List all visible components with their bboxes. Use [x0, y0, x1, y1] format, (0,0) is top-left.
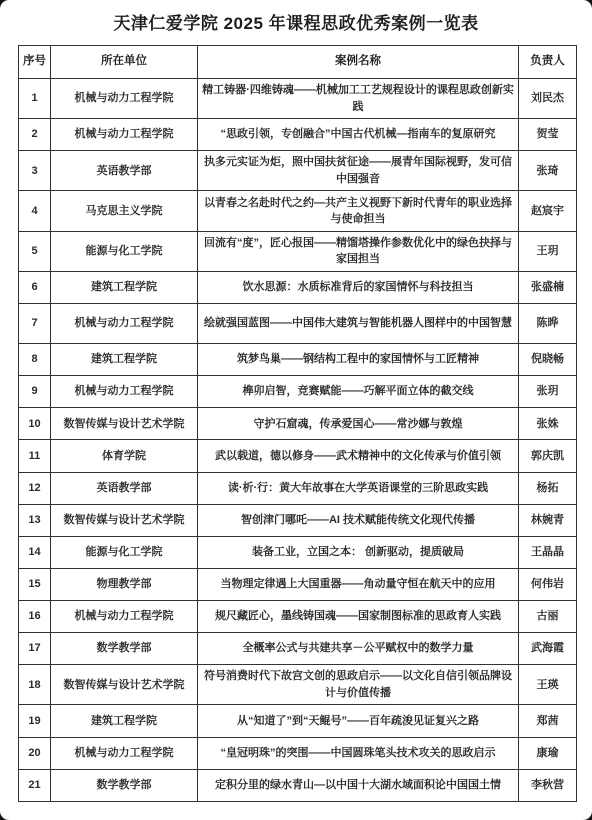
case-name-cell: 定积分里的绿水青山—以中国十大湖水域面积论中国国土情 [198, 769, 519, 801]
unit-cell: 建筑工程学院 [51, 705, 198, 737]
person-cell: 张玥 [519, 376, 577, 408]
row-number-cell: 6 [19, 271, 51, 303]
table-row: 18 数智传媒与设计艺术学院 符号消费时代下故宫文创的思政启示——以文化自信引领… [19, 665, 577, 705]
unit-cell: 建筑工程学院 [51, 271, 198, 303]
unit-cell: 能源与化工学院 [51, 231, 198, 271]
header-no: 序号 [19, 46, 51, 79]
case-name-cell: 符号消费时代下故宫文创的思政启示——以文化自信引领品牌设计与价值传播 [198, 665, 519, 705]
case-name-cell: 精工铸器·四维铸魂——机械加工工艺规程设计的课程思政创新实践 [198, 79, 519, 119]
case-name-cell: “思政引领，专创融合”中国古代机械—指南车的复原研究 [198, 119, 519, 151]
case-name-cell: 当物理定律遇上大国重器——角动量守恒在航天中的应用 [198, 568, 519, 600]
person-cell: 贺莹 [519, 119, 577, 151]
row-number-cell: 5 [19, 231, 51, 271]
row-number-cell: 1 [19, 79, 51, 119]
row-number-cell: 11 [19, 440, 51, 472]
case-name-cell: 执多元实证为炬，照中国扶贫征途——展青年国际视野，发可信中国强音 [198, 151, 519, 191]
row-number-cell: 18 [19, 665, 51, 705]
case-name-cell: 饮水思源：水质标准背后的家国情怀与科技担当 [198, 271, 519, 303]
unit-cell: 数学教学部 [51, 633, 198, 665]
document-page: 天津仁爱学院 2025 年课程思政优秀案例一览表 序号 所在单位 案例名称 负责… [0, 0, 592, 820]
unit-cell: 马克思主义学院 [51, 191, 198, 231]
row-number-cell: 2 [19, 119, 51, 151]
case-name-cell: 以青春之名赴时代之约—共产主义视野下新时代青年的职业选择与使命担当 [198, 191, 519, 231]
row-number-cell: 15 [19, 568, 51, 600]
table-row: 21 数学教学部 定积分里的绿水青山—以中国十大湖水域面积论中国国土情 李秋营 [19, 769, 577, 801]
person-cell: 陈晔 [519, 303, 577, 343]
table-row: 1 机械与动力工程学院 精工铸器·四维铸魂——机械加工工艺规程设计的课程思政创新… [19, 79, 577, 119]
header-case-name: 案例名称 [198, 46, 519, 79]
table-row: 19 建筑工程学院 从“知道了”到“天鲲号”——百年疏浚见证复兴之路 郑茜 [19, 705, 577, 737]
person-cell: 杨拓 [519, 472, 577, 504]
table-row: 15 物理教学部 当物理定律遇上大国重器——角动量守恒在航天中的应用 何伟岩 [19, 568, 577, 600]
table-row: 4 马克思主义学院 以青春之名赴时代之约—共产主义视野下新时代青年的职业选择与使… [19, 191, 577, 231]
unit-cell: 数智传媒与设计艺术学院 [51, 504, 198, 536]
unit-cell: 机械与动力工程学院 [51, 601, 198, 633]
person-cell: 郭庆凯 [519, 440, 577, 472]
case-name-cell: 读·析·行：黄大年故事在大学英语课堂的三阶思政实践 [198, 472, 519, 504]
unit-cell: 机械与动力工程学院 [51, 737, 198, 769]
table-row: 3 英语教学部 执多元实证为炬，照中国扶贫征途——展青年国际视野，发可信中国强音… [19, 151, 577, 191]
row-number-cell: 19 [19, 705, 51, 737]
table-row: 17 数学教学部 全概率公式与共建共享－公平赋权中的数学力量 武海霞 [19, 633, 577, 665]
table-row: 5 能源与化工学院 回流有“度”，匠心报国——精馏塔操作参数优化中的绿色抉择与家… [19, 231, 577, 271]
header-person: 负责人 [519, 46, 577, 79]
row-number-cell: 9 [19, 376, 51, 408]
person-cell: 张盛楠 [519, 271, 577, 303]
person-cell: 李秋营 [519, 769, 577, 801]
row-number-cell: 10 [19, 408, 51, 440]
person-cell: 武海霞 [519, 633, 577, 665]
unit-cell: 机械与动力工程学院 [51, 119, 198, 151]
case-name-cell: 智创津门哪吒——AI 技术赋能传统文化现代传播 [198, 504, 519, 536]
person-cell: 郑茜 [519, 705, 577, 737]
case-name-cell: 全概率公式与共建共享－公平赋权中的数学力量 [198, 633, 519, 665]
row-number-cell: 8 [19, 344, 51, 376]
person-cell: 倪晓畅 [519, 344, 577, 376]
table-row: 10 数智传媒与设计艺术学院 守护石窟魂，传承爱国心——常沙娜与敦煌 张姝 [19, 408, 577, 440]
case-name-cell: “皇冠明珠”的突围——中国圆珠笔头技术攻关的思政启示 [198, 737, 519, 769]
header-unit: 所在单位 [51, 46, 198, 79]
table-row: 12 英语教学部 读·析·行：黄大年故事在大学英语课堂的三阶思政实践 杨拓 [19, 472, 577, 504]
case-name-cell: 榫卯启智，竞赛赋能——巧解平面立体的截交线 [198, 376, 519, 408]
table-row: 6 建筑工程学院 饮水思源：水质标准背后的家国情怀与科技担当 张盛楠 [19, 271, 577, 303]
row-number-cell: 4 [19, 191, 51, 231]
case-name-cell: 装备工业，立国之本： 创新驱动，提质破局 [198, 536, 519, 568]
row-number-cell: 21 [19, 769, 51, 801]
table-header-row: 序号 所在单位 案例名称 负责人 [19, 46, 577, 79]
unit-cell: 能源与化工学院 [51, 536, 198, 568]
case-name-cell: 从“知道了”到“天鲲号”——百年疏浚见证复兴之路 [198, 705, 519, 737]
row-number-cell: 3 [19, 151, 51, 191]
unit-cell: 机械与动力工程学院 [51, 79, 198, 119]
table-row: 8 建筑工程学院 筑梦鸟巢——钢结构工程中的家国情怀与工匠精神 倪晓畅 [19, 344, 577, 376]
case-name-cell: 规尺藏匠心，墨线铸国魂——国家制图标准的思政育人实践 [198, 601, 519, 633]
unit-cell: 数学教学部 [51, 769, 198, 801]
row-number-cell: 12 [19, 472, 51, 504]
row-number-cell: 16 [19, 601, 51, 633]
unit-cell: 建筑工程学院 [51, 344, 198, 376]
table-row: 9 机械与动力工程学院 榫卯启智，竞赛赋能——巧解平面立体的截交线 张玥 [19, 376, 577, 408]
unit-cell: 体育学院 [51, 440, 198, 472]
cases-table: 序号 所在单位 案例名称 负责人 1 机械与动力工程学院 精工铸器·四维铸魂——… [18, 45, 577, 802]
case-name-cell: 筑梦鸟巢——钢结构工程中的家国情怀与工匠精神 [198, 344, 519, 376]
unit-cell: 机械与动力工程学院 [51, 376, 198, 408]
table-row: 13 数智传媒与设计艺术学院 智创津门哪吒——AI 技术赋能传统文化现代传播 林… [19, 504, 577, 536]
table-row: 7 机械与动力工程学院 绘就强国蓝图——中国伟大建筑与智能机器人图样中的中国智慧… [19, 303, 577, 343]
row-number-cell: 13 [19, 504, 51, 536]
case-name-cell: 绘就强国蓝图——中国伟大建筑与智能机器人图样中的中国智慧 [198, 303, 519, 343]
unit-cell: 英语教学部 [51, 151, 198, 191]
person-cell: 刘民杰 [519, 79, 577, 119]
table-body: 1 机械与动力工程学院 精工铸器·四维铸魂——机械加工工艺规程设计的课程思政创新… [19, 79, 577, 802]
row-number-cell: 17 [19, 633, 51, 665]
person-cell: 林婉青 [519, 504, 577, 536]
person-cell: 康瑜 [519, 737, 577, 769]
table-row: 20 机械与动力工程学院 “皇冠明珠”的突围——中国圆珠笔头技术攻关的思政启示 … [19, 737, 577, 769]
case-name-cell: 守护石窟魂，传承爱国心——常沙娜与敦煌 [198, 408, 519, 440]
row-number-cell: 20 [19, 737, 51, 769]
case-name-cell: 回流有“度”，匠心报国——精馏塔操作参数优化中的绿色抉择与家国担当 [198, 231, 519, 271]
person-cell: 张琦 [519, 151, 577, 191]
person-cell: 古丽 [519, 601, 577, 633]
person-cell: 王瑛 [519, 665, 577, 705]
unit-cell: 数智传媒与设计艺术学院 [51, 408, 198, 440]
person-cell: 王晶晶 [519, 536, 577, 568]
unit-cell: 机械与动力工程学院 [51, 303, 198, 343]
row-number-cell: 7 [19, 303, 51, 343]
person-cell: 何伟岩 [519, 568, 577, 600]
row-number-cell: 14 [19, 536, 51, 568]
unit-cell: 物理教学部 [51, 568, 198, 600]
page-title: 天津仁爱学院 2025 年课程思政优秀案例一览表 [0, 9, 592, 34]
unit-cell: 数智传媒与设计艺术学院 [51, 665, 198, 705]
unit-cell: 英语教学部 [51, 472, 198, 504]
person-cell: 赵宸宇 [519, 191, 577, 231]
table-row: 11 体育学院 武以载道，德以修身——武术精神中的文化传承与价值引领 郭庆凯 [19, 440, 577, 472]
case-name-cell: 武以载道，德以修身——武术精神中的文化传承与价值引领 [198, 440, 519, 472]
person-cell: 王玥 [519, 231, 577, 271]
table-row: 14 能源与化工学院 装备工业，立国之本： 创新驱动，提质破局 王晶晶 [19, 536, 577, 568]
table-row: 16 机械与动力工程学院 规尺藏匠心，墨线铸国魂——国家制图标准的思政育人实践 … [19, 601, 577, 633]
table-row: 2 机械与动力工程学院 “思政引领，专创融合”中国古代机械—指南车的复原研究 贺… [19, 119, 577, 151]
person-cell: 张姝 [519, 408, 577, 440]
